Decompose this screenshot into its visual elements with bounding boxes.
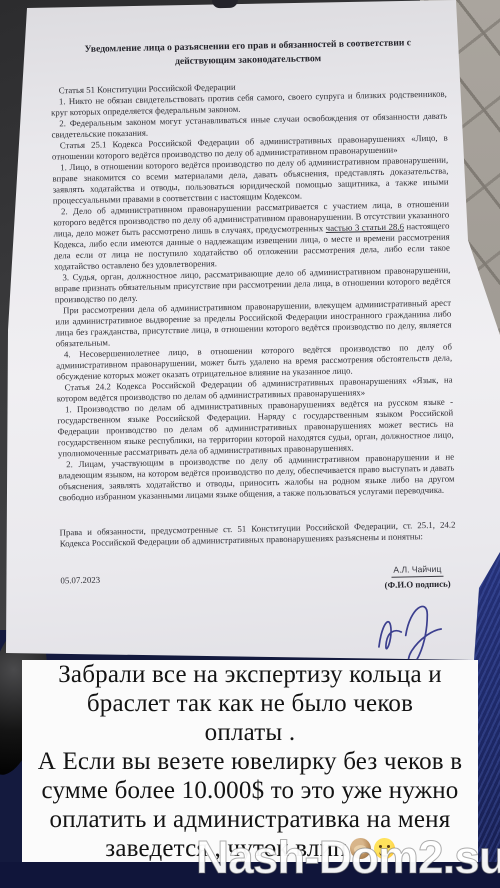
doc-paragraph: 2. Лицам, участвующим в производстве по …	[58, 452, 455, 504]
doc-underlined-reference: частью 3 статьи 28.6	[326, 221, 404, 233]
site-watermark: Nash-Dom2.su	[196, 830, 500, 884]
screenshot-photo: Уведомление лица о разъяснении его прав …	[0, 0, 500, 888]
signature-block: А.Л. Чайчиц (Ф.И.О подпись)	[384, 564, 451, 591]
signer-name: А.Л. Чайчиц	[391, 564, 443, 578]
caption-line: Забрали все на экспертизу кольца и	[22, 660, 478, 689]
legal-document-paper: Уведомление лица о разъяснении его прав …	[0, 0, 500, 664]
document-date: 05.07.2023	[60, 575, 100, 587]
caption-line: сумме более 10.000$ то это уже нужно	[22, 776, 478, 805]
doc-paragraph: 1. Производство по делам об администрати…	[57, 397, 454, 460]
signature-row: 05.07.2023 А.Л. Чайчиц (Ф.И.О подпись)	[60, 567, 458, 665]
caption-line: А Если вы везете ювелирку без чеков в	[22, 747, 478, 776]
doc-paragraph: При рассмотрении дела об административно…	[55, 298, 452, 350]
doc-paragraph: 1. Лицо, в отношении которого ведётся пр…	[52, 155, 449, 207]
caption-line: оплаты .	[22, 718, 478, 747]
doc-paragraph: 2. Дело об административном правонарушен…	[53, 199, 450, 273]
signature-caption: (Ф.И.О подпись)	[384, 579, 450, 591]
document-title: Уведомление лица о разъяснении его прав …	[50, 36, 446, 71]
document-content: Уведомление лица о разъяснении его прав …	[27, 0, 472, 666]
doc-closing-statement: Права и обязанности, предусмотренные ст.…	[59, 520, 455, 550]
caption-line: браслет так как не было чеков	[22, 689, 478, 718]
